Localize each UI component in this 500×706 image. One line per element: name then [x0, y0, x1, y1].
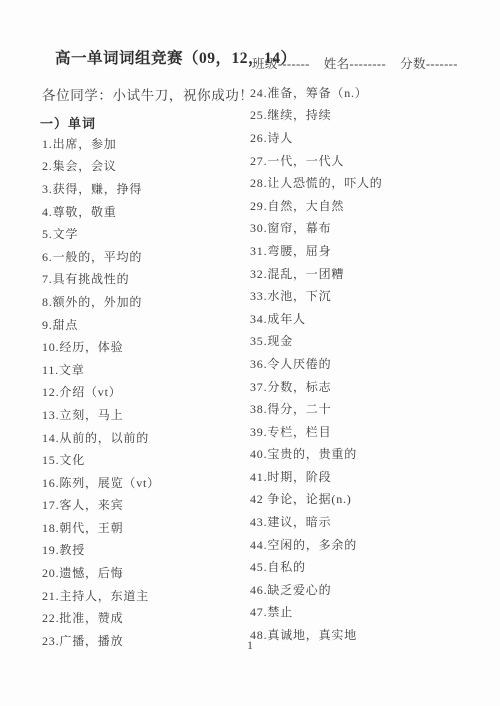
word-list-item: 12.介绍（vt）	[42, 381, 247, 404]
word-list-item: 42 争论，论据(n.)	[250, 488, 480, 511]
word-list-item: 8.额外的，外加的	[42, 290, 247, 313]
word-list-item: 22.批准，赞成	[42, 606, 247, 629]
word-list-item: 46.缺乏爱心的	[250, 578, 480, 601]
word-list-item: 9.甜点	[42, 313, 247, 336]
word-list-item: 33.水池，下沉	[250, 284, 480, 307]
word-list-item: 32.混乱，一团糟	[250, 262, 480, 285]
word-list-item: 6.一般的，平均的	[42, 245, 247, 268]
word-list-item: 10.经历，体验	[42, 335, 247, 358]
word-list-item: 17.客人，来宾	[42, 494, 247, 517]
word-list-item: 7.具有挑战性的	[42, 268, 247, 291]
class-blank-field: 班级-------	[252, 54, 310, 72]
word-list-item: 35.现金	[250, 330, 480, 353]
word-list-item: 1.出席，参加	[42, 132, 247, 155]
word-list-item: 13.立刻，马上	[42, 403, 247, 426]
word-list-item: 37.分数，标志	[250, 375, 480, 398]
greeting-text: 各位同学：小试牛刀，祝你成功！	[42, 84, 254, 104]
word-list-item: 31.弯腰，屈身	[250, 239, 480, 262]
word-list-item: 40.宝贵的，贵重的	[250, 443, 480, 466]
word-list-item: 41.时期，阶段	[250, 465, 480, 488]
word-list-item: 26.诗人	[250, 126, 480, 149]
word-list-item: 48.真诚地，真实地	[250, 623, 480, 646]
word-list-item: 29.自然，大自然	[250, 194, 480, 217]
word-list-item: 20.遗憾，后悔	[42, 561, 247, 584]
word-list-item: 38.得分，二十	[250, 397, 480, 420]
score-blank-field: 分数-------	[400, 54, 458, 72]
word-list-item: 19.教授	[42, 539, 247, 562]
word-list-item: 45.自私的	[250, 555, 480, 578]
word-list-item: 36.令人厌倦的	[250, 352, 480, 375]
section-heading-words: 一）单词	[40, 113, 96, 132]
word-list-item: 30.窗帘，幕布	[250, 217, 480, 240]
word-list-item: 16.陈列，展览（vt）	[42, 471, 247, 494]
word-list-item: 4.尊敬，敬重	[42, 200, 247, 223]
word-list-item: 21.主持人，东道主	[42, 584, 247, 607]
word-list-item: 2.集会，会议	[42, 155, 247, 178]
document-page: 高一单词词组竞赛（09，12，14） 班级------- 姓名-------- …	[0, 0, 500, 706]
word-list-item: 25.继续，持续	[250, 104, 480, 127]
word-list-item: 11.文章	[42, 358, 247, 381]
word-list-item: 27.一代，一代人	[250, 149, 480, 172]
fill-in-header: 班级------- 姓名-------- 分数-------	[252, 54, 458, 72]
page-number: 1	[240, 640, 260, 652]
word-list-item: 18.朝代，王朝	[42, 516, 247, 539]
word-list-item: 44.空闲的，多余的	[250, 533, 480, 556]
word-list-item: 3.获得，赚，挣得	[42, 177, 247, 200]
word-list-item: 5.文学	[42, 222, 247, 245]
word-list-item: 43.建议，暗示	[250, 510, 480, 533]
word-list-left-column: 1.出席，参加2.集会，会议3.获得，赚，挣得4.尊敬，敬重5.文学6.一般的，…	[42, 132, 247, 652]
word-list-item: 34.成年人	[250, 307, 480, 330]
word-list-item: 28.让人恐慌的，吓人的	[250, 171, 480, 194]
word-list-item: 39.专栏，栏目	[250, 420, 480, 443]
name-blank-field: 姓名--------	[324, 54, 386, 72]
word-list-item: 15.文化	[42, 448, 247, 471]
word-list-item: 47.禁止	[250, 601, 480, 624]
word-list-right-column: 24.准备，筹备（n.）25.继续，持续26.诗人27.一代，一代人28.让人恐…	[250, 81, 480, 646]
word-list-item: 24.准备，筹备（n.）	[250, 81, 480, 104]
word-list-item: 14.从前的，以前的	[42, 426, 247, 449]
word-list-item: 23.广播，播放	[42, 629, 247, 652]
